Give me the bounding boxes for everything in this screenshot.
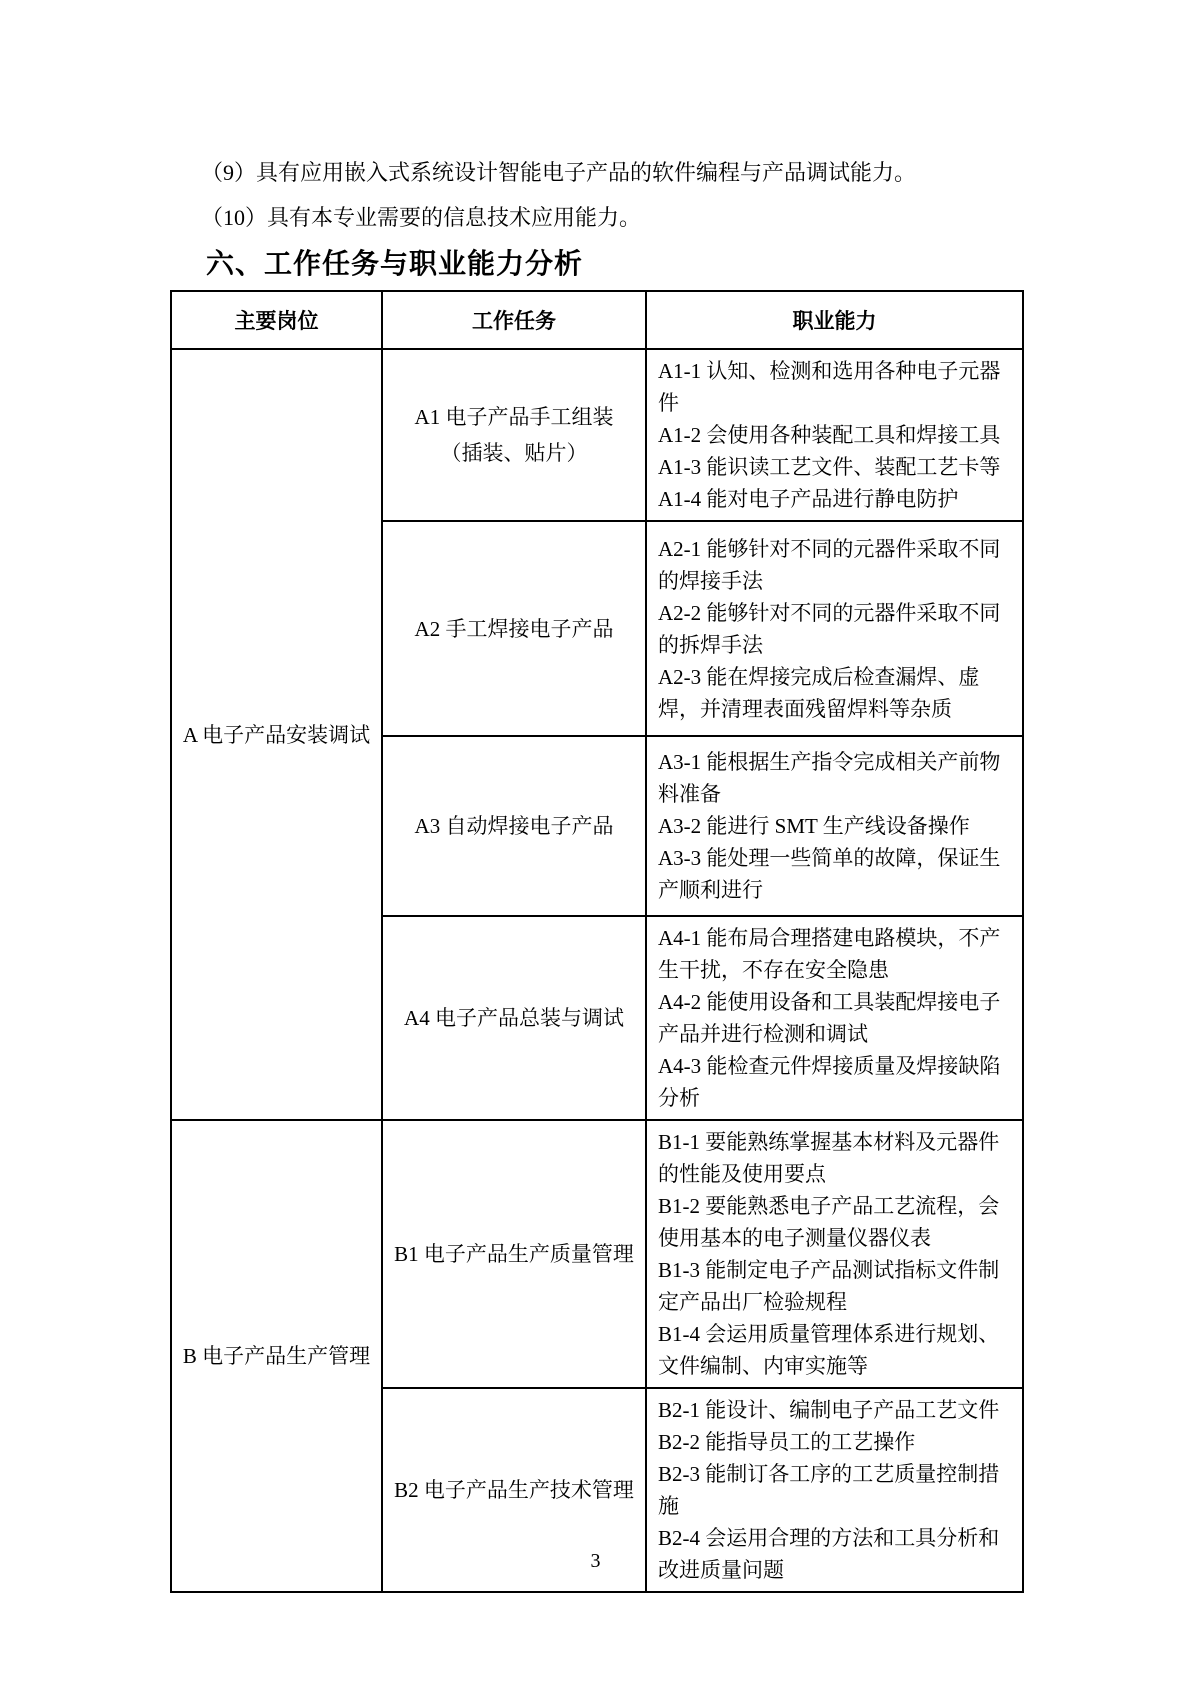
- ability-cell-b1: B1-1 要能熟练掌握基本材料及元器件的性能及使用要点 B1-2 要能熟悉电子产…: [646, 1120, 1023, 1388]
- column-header-ability: 职业能力: [646, 291, 1023, 349]
- intro-item-10: （10）具有本专业需要的信息技术应用能力。: [201, 201, 641, 232]
- task-line: A2 手工焊接电子产品: [383, 611, 645, 647]
- ability-item: A4-3 能检查元件焊接质量及焊接缺陷分析: [658, 1050, 1016, 1114]
- task-line: A1 电子产品手工组装: [383, 399, 645, 435]
- column-header-task: 工作任务: [382, 291, 646, 349]
- ability-item: B2-2 能指导员工的工艺操作: [658, 1426, 1016, 1458]
- ability-item: A1-2 会使用各种装配工具和焊接工具: [658, 419, 1016, 451]
- ability-item: B1-2 要能熟悉电子产品工艺流程，会使用基本的电子测量仪器仪表: [658, 1190, 1016, 1254]
- ability-item: A1-1 认知、检测和选用各种电子元器件: [658, 355, 1016, 419]
- task-ability-table: 主要岗位 工作任务 职业能力 A 电子产品安装调试 A1 电子产品手工组装 （插…: [170, 290, 1024, 1593]
- ability-item: A1-3 能识读工艺文件、装配工艺卡等: [658, 451, 1016, 483]
- position-cell-b: B 电子产品生产管理: [171, 1120, 382, 1592]
- task-cell-a2: A2 手工焊接电子产品: [382, 521, 646, 736]
- ability-item: A2-3 能在焊接完成后检查漏焊、虚焊，并清理表面残留焊料等杂质: [658, 661, 1016, 725]
- ability-item: B1-1 要能熟练掌握基本材料及元器件的性能及使用要点: [658, 1126, 1016, 1190]
- ability-item: A2-1 能够针对不同的元器件采取不同的焊接手法: [658, 533, 1016, 597]
- task-cell-a3: A3 自动焊接电子产品: [382, 736, 646, 916]
- ability-item: B1-4 会运用质量管理体系进行规划、文件编制、内审实施等: [658, 1318, 1016, 1382]
- table-header-row: 主要岗位 工作任务 职业能力: [171, 291, 1023, 349]
- task-line: B2 电子产品生产技术管理: [383, 1472, 645, 1508]
- ability-item: A3-3 能处理一些简单的故障，保证生产顺利进行: [658, 842, 1016, 906]
- table-row-a1: A 电子产品安装调试 A1 电子产品手工组装 （插装、贴片） A1-1 认知、检…: [171, 349, 1023, 521]
- ability-item: A3-2 能进行 SMT 生产线设备操作: [658, 810, 1016, 842]
- ability-item: A4-1 能布局合理搭建电路模块，不产生干扰，不存在安全隐患: [658, 922, 1016, 986]
- task-cell-a4: A4 电子产品总装与调试: [382, 916, 646, 1120]
- page-number: 3: [0, 1550, 1191, 1573]
- intro-item-9: （9）具有应用嵌入式系统设计智能电子产品的软件编程与产品调试能力。: [201, 156, 916, 187]
- column-header-position: 主要岗位: [171, 291, 382, 349]
- task-line: （插装、贴片）: [383, 435, 645, 471]
- task-line: A4 电子产品总装与调试: [383, 1000, 645, 1036]
- section-heading: 六、工作任务与职业能力分析: [206, 242, 583, 282]
- task-cell-a1: A1 电子产品手工组装 （插装、贴片）: [382, 349, 646, 521]
- task-cell-b1: B1 电子产品生产质量管理: [382, 1120, 646, 1388]
- position-cell-a: A 电子产品安装调试: [171, 349, 382, 1120]
- document-page: （9）具有应用嵌入式系统设计智能电子产品的软件编程与产品调试能力。 （10）具有…: [0, 0, 1191, 1684]
- ability-item: A2-2 能够针对不同的元器件采取不同的拆焊手法: [658, 597, 1016, 661]
- ability-item: B1-3 能制定电子产品测试指标文件制定产品出厂检验规程: [658, 1254, 1016, 1318]
- task-line: B1 电子产品生产质量管理: [383, 1236, 645, 1272]
- task-line: A3 自动焊接电子产品: [383, 808, 645, 844]
- ability-cell-a2: A2-1 能够针对不同的元器件采取不同的焊接手法 A2-2 能够针对不同的元器件…: [646, 521, 1023, 736]
- ability-cell-a3: A3-1 能根据生产指令完成相关产前物料准备 A3-2 能进行 SMT 生产线设…: [646, 736, 1023, 916]
- ability-cell-a4: A4-1 能布局合理搭建电路模块，不产生干扰，不存在安全隐患 A4-2 能使用设…: [646, 916, 1023, 1120]
- ability-item: A4-2 能使用设备和工具装配焊接电子产品并进行检测和调试: [658, 986, 1016, 1050]
- ability-item: B2-1 能设计、编制电子产品工艺文件: [658, 1394, 1016, 1426]
- table-row-b1: B 电子产品生产管理 B1 电子产品生产质量管理 B1-1 要能熟练掌握基本材料…: [171, 1120, 1023, 1388]
- ability-item: B2-3 能制订各工序的工艺质量控制措施: [658, 1458, 1016, 1522]
- ability-item: A1-4 能对电子产品进行静电防护: [658, 483, 1016, 515]
- ability-cell-a1: A1-1 认知、检测和选用各种电子元器件 A1-2 会使用各种装配工具和焊接工具…: [646, 349, 1023, 521]
- ability-item: A3-1 能根据生产指令完成相关产前物料准备: [658, 746, 1016, 810]
